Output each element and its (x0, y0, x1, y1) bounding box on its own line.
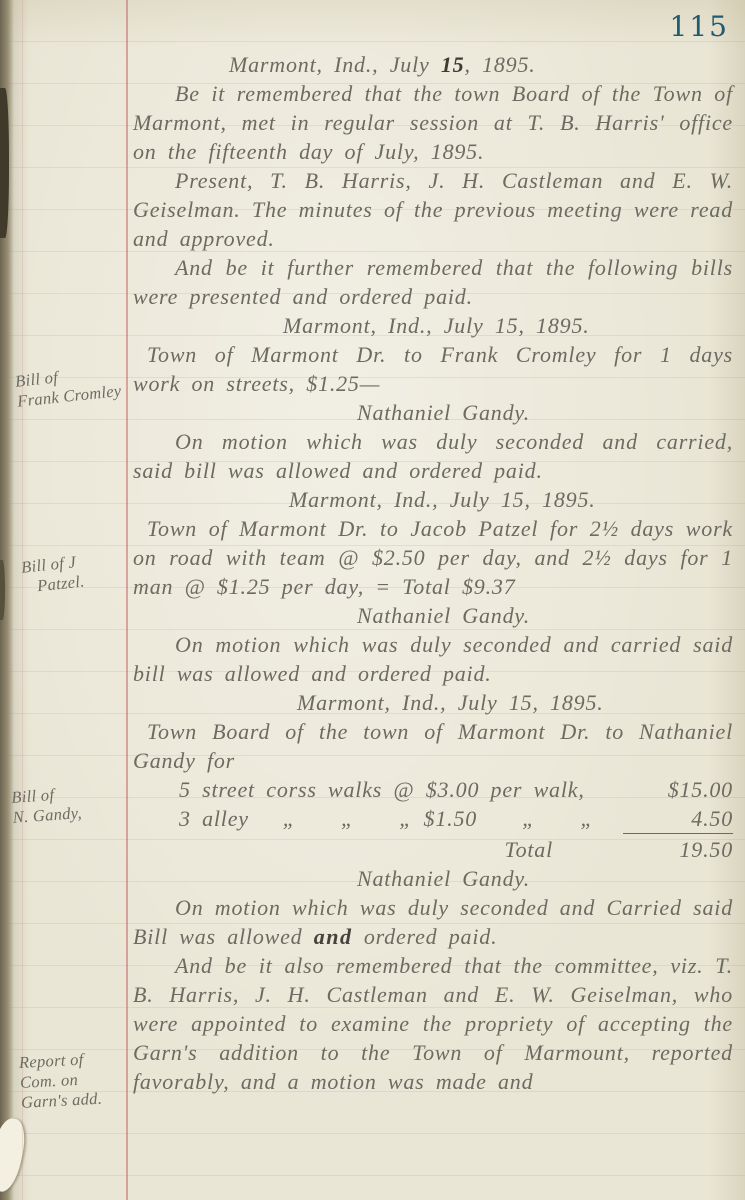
bill-total-amount: 19.50 (623, 833, 733, 864)
bill-cromley-text: Town of Marmont Dr. to Frank Cromley for… (133, 340, 733, 398)
motion-paragraph-1: On motion which was duly seconded and ca… (133, 427, 733, 485)
opening-paragraph: Be it remembered that the town Board of … (133, 79, 733, 166)
dateline-1-prefix: Marmont, Ind., July (229, 52, 441, 77)
binding-ink-blot (0, 560, 5, 620)
bill-row-description: 3 alley „ „ „ $1.50 „ „ (179, 804, 594, 833)
bill-row-crosswalks: 5 street corss walks @ $3.00 per walk, $… (179, 775, 733, 804)
bill-row-total: Total 19.50 (179, 833, 733, 864)
dateline-3: Marmont, Ind., July 15, 1895. (133, 485, 733, 514)
motion-paragraph-3: On motion which was duly seconded and Ca… (133, 893, 733, 951)
bill-patzel-text: Town of Marmont Dr. to Jacob Patzel for … (133, 514, 733, 601)
bill-total-label: Total (505, 835, 553, 864)
dateline-1-suffix: , 1895. (464, 52, 535, 77)
bill-row-alley: 3 alley „ „ „ $1.50 „ „ 4.50 (179, 804, 733, 833)
ledger-page: 115 Bill of Frank Cromley Bill of J Patz… (0, 0, 745, 1200)
present-paragraph: Present, T. B. Harris, J. H. Castleman a… (133, 166, 733, 253)
motion-3-overwritten-and: and (314, 924, 353, 949)
bill-gandy-intro: Town Board of the town of Marmont Dr. to… (133, 717, 733, 775)
margin-note-bill-n-gandy: Bill of N. Gandy, (11, 780, 126, 828)
signature-nathaniel-gandy-1: Nathaniel Gandy. (133, 398, 733, 427)
motion-paragraph-2: On motion which was duly seconded and ca… (133, 630, 733, 688)
dateline-2: Marmont, Ind., July 15, 1895. (133, 311, 733, 340)
binding-ink-blot (0, 88, 9, 238)
left-margin-rule-faint (22, 0, 23, 1200)
bill-row-amount: $15.00 (645, 775, 733, 804)
left-margin-rule (126, 0, 128, 1200)
margin-note-bill-frank-cromley: Bill of Frank Cromley (14, 360, 130, 411)
signature-nathaniel-gandy-3: Nathaniel Gandy. (133, 864, 733, 893)
torn-paper-patch (0, 1116, 29, 1195)
margin-note-report-committee: Report of Com. on Garn's add. (19, 1047, 134, 1113)
bill-row-amount: 4.50 (645, 804, 733, 833)
dateline-1-day-overwritten: 15 (441, 52, 465, 77)
minutes-text-column: Marmont, Ind., July 15, 1895. Be it reme… (133, 50, 733, 1096)
committee-report-paragraph: And be it also remembered that the commi… (133, 951, 733, 1096)
page-number: 115 (670, 10, 729, 43)
signature-nathaniel-gandy-2: Nathaniel Gandy. (133, 601, 733, 630)
dateline-4: Marmont, Ind., July 15, 1895. (133, 688, 733, 717)
further-remembered-paragraph: And be it further remembered that the fo… (133, 253, 733, 311)
bill-row-description: 5 street corss walks @ $3.00 per walk, (179, 775, 585, 804)
motion-3-suffix: ordered paid. (353, 924, 498, 949)
dateline-1: Marmont, Ind., July 15, 1895. (133, 50, 733, 79)
bill-gandy-itemized-rows: 5 street corss walks @ $3.00 per walk, $… (133, 775, 733, 864)
margin-note-bill-j-patzel: Bill of J Patzel. (20, 546, 136, 597)
